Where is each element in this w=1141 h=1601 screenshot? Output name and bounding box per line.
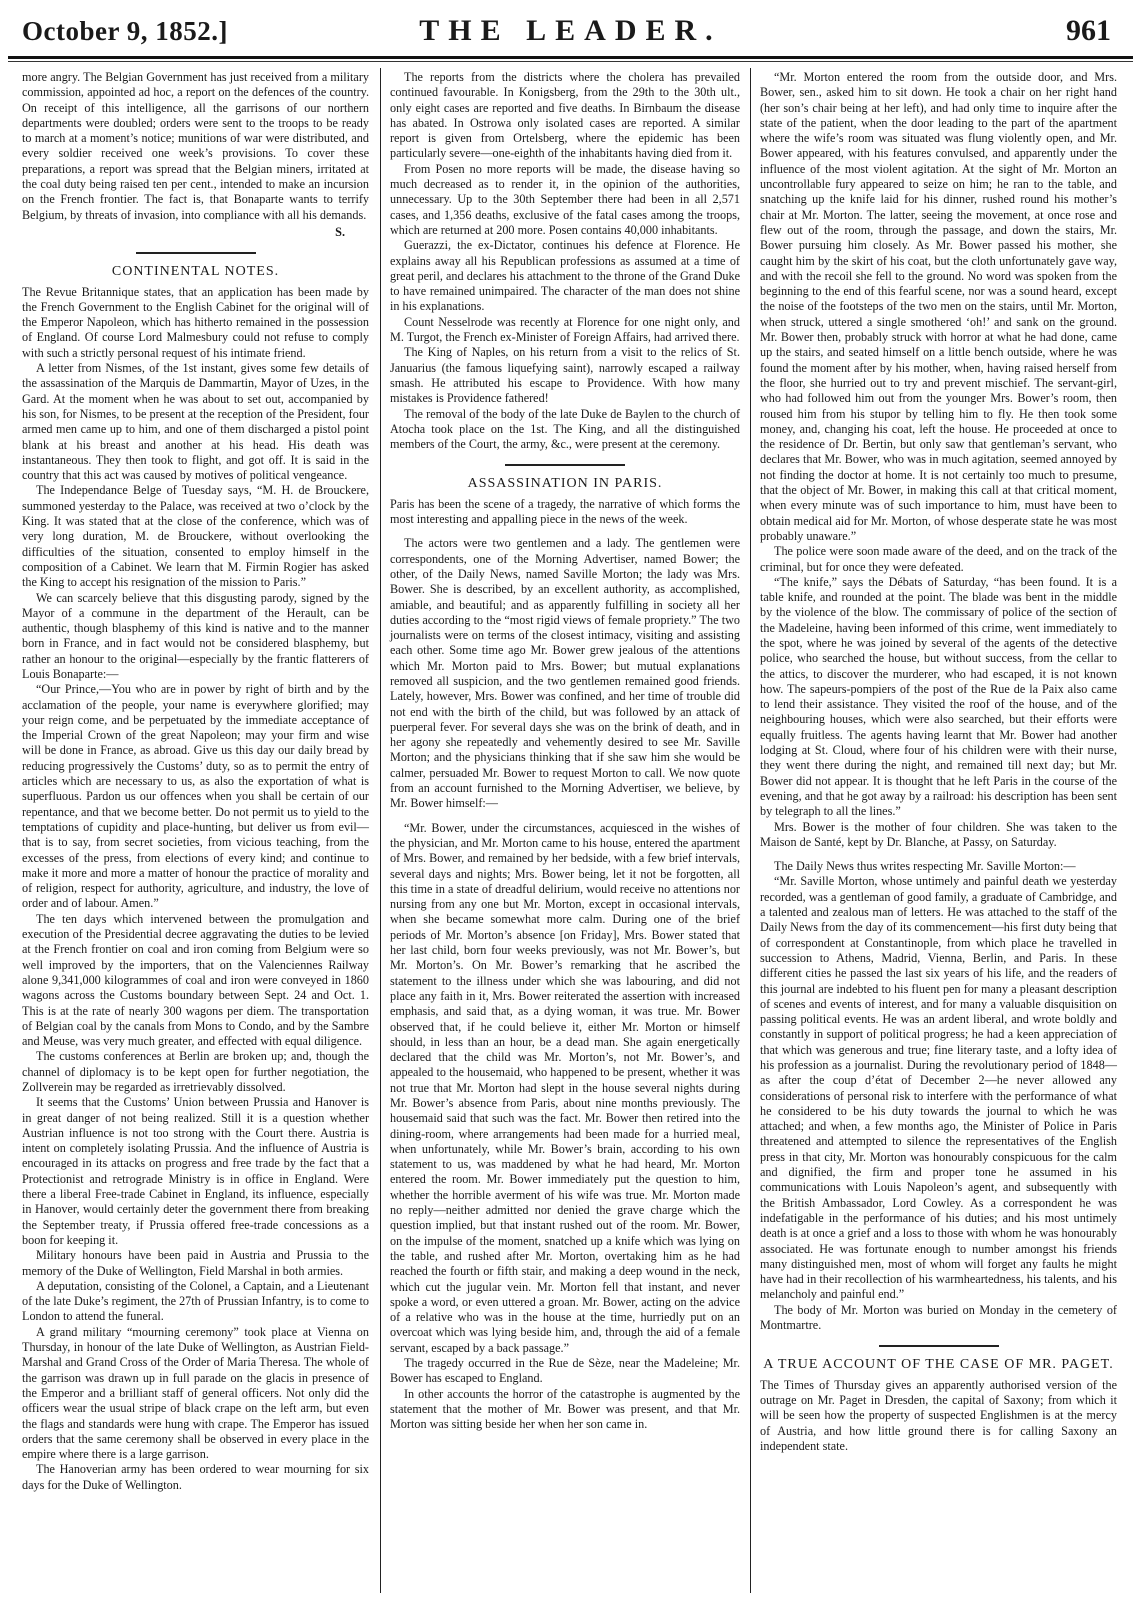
paragraph: The Times of Thursday gives an apparentl… — [760, 1378, 1117, 1454]
paragraph: The ten days which intervened between th… — [22, 912, 369, 1050]
paragraph: The removal of the body of the late Duke… — [390, 407, 740, 453]
page-number: 961 — [1066, 14, 1111, 48]
masthead: October 9, 1852.] THE LEADER. 961 — [0, 0, 1141, 56]
section-divider — [879, 1345, 999, 1347]
paragraph: Military honours have been paid in Austr… — [22, 1248, 369, 1279]
column-2: The reports from the districts where the… — [390, 70, 740, 1433]
newspaper-title: THE LEADER. — [0, 14, 1141, 48]
quoted-debats: “The knife,” says the Débats of Saturday… — [760, 575, 1117, 820]
author-signature: S. — [22, 225, 369, 240]
masthead-rule — [8, 56, 1133, 59]
section-heading-assassination: ASSASSINATION IN PARIS. — [390, 476, 740, 491]
paragraph: From Posen no more reports will be made,… — [390, 162, 740, 238]
belgium-article-continuation: more angry. The Belgian Government has j… — [22, 70, 369, 223]
quoted-prayer: “Our Prince,—You who are in power by rig… — [22, 682, 369, 911]
quoted-account: “Mr. Bower, under the circumstances, acq… — [390, 821, 740, 1356]
paragraph: In other accounts the horror of the cata… — [390, 1387, 740, 1433]
paragraph: The King of Naples, on his return from a… — [390, 345, 740, 406]
section-heading-paget: A TRUE ACCOUNT OF THE CASE OF MR. PAGET. — [760, 1357, 1117, 1372]
paragraph: The actors were two gentlemen and a lady… — [390, 536, 740, 811]
paragraph: The police were soon made aware of the d… — [760, 544, 1117, 575]
paragraph: Paris has been the scene of a tragedy, t… — [390, 497, 740, 528]
quoted-account: “Mr. Morton entered the room from the ou… — [760, 70, 1117, 544]
paragraph: A grand military “mourning ceremony” too… — [22, 1325, 369, 1463]
masthead-rule-thin — [8, 61, 1133, 62]
quoted-obituary: “Mr. Saville Morton, whose untimely and … — [760, 874, 1117, 1302]
paragraph: The Daily News thus writes respecting Mr… — [760, 859, 1117, 874]
section-heading-continental-notes: CONTINENTAL NOTES. — [22, 264, 369, 279]
paragraph: A deputation, consisting of the Colonel,… — [22, 1279, 369, 1325]
paragraph: Mrs. Bower is the mother of four childre… — [760, 820, 1117, 851]
section-divider — [505, 464, 625, 466]
paragraph: A letter from Nismes, of the 1st instant… — [22, 361, 369, 483]
column-3: “Mr. Morton entered the room from the ou… — [760, 70, 1117, 1454]
paragraph: Guerazzi, the ex-Dictator, continues his… — [390, 238, 740, 314]
paragraph: Count Nesselrode was recently at Florenc… — [390, 315, 740, 346]
paragraph: The Revue Britannique states, that an ap… — [22, 285, 369, 361]
paragraph: The body of Mr. Morton was buried on Mon… — [760, 1303, 1117, 1334]
paragraph: The customs conferences at Berlin are br… — [22, 1049, 369, 1095]
column-rule-2 — [750, 68, 751, 1593]
paragraph: It seems that the Customs’ Union between… — [22, 1095, 369, 1248]
paragraph: The reports from the districts where the… — [390, 70, 740, 162]
paragraph: We can scarcely believe that this disgus… — [22, 591, 369, 683]
column-rule-1 — [380, 68, 381, 1593]
paragraph: The tragedy occurred in the Rue de Sèze,… — [390, 1356, 740, 1387]
paragraph: The Independance Belge of Tuesday says, … — [22, 483, 369, 590]
section-divider — [136, 252, 256, 254]
column-1: more angry. The Belgian Government has j… — [22, 70, 369, 1493]
paragraph: The Hanoverian army has been ordered to … — [22, 1462, 369, 1493]
